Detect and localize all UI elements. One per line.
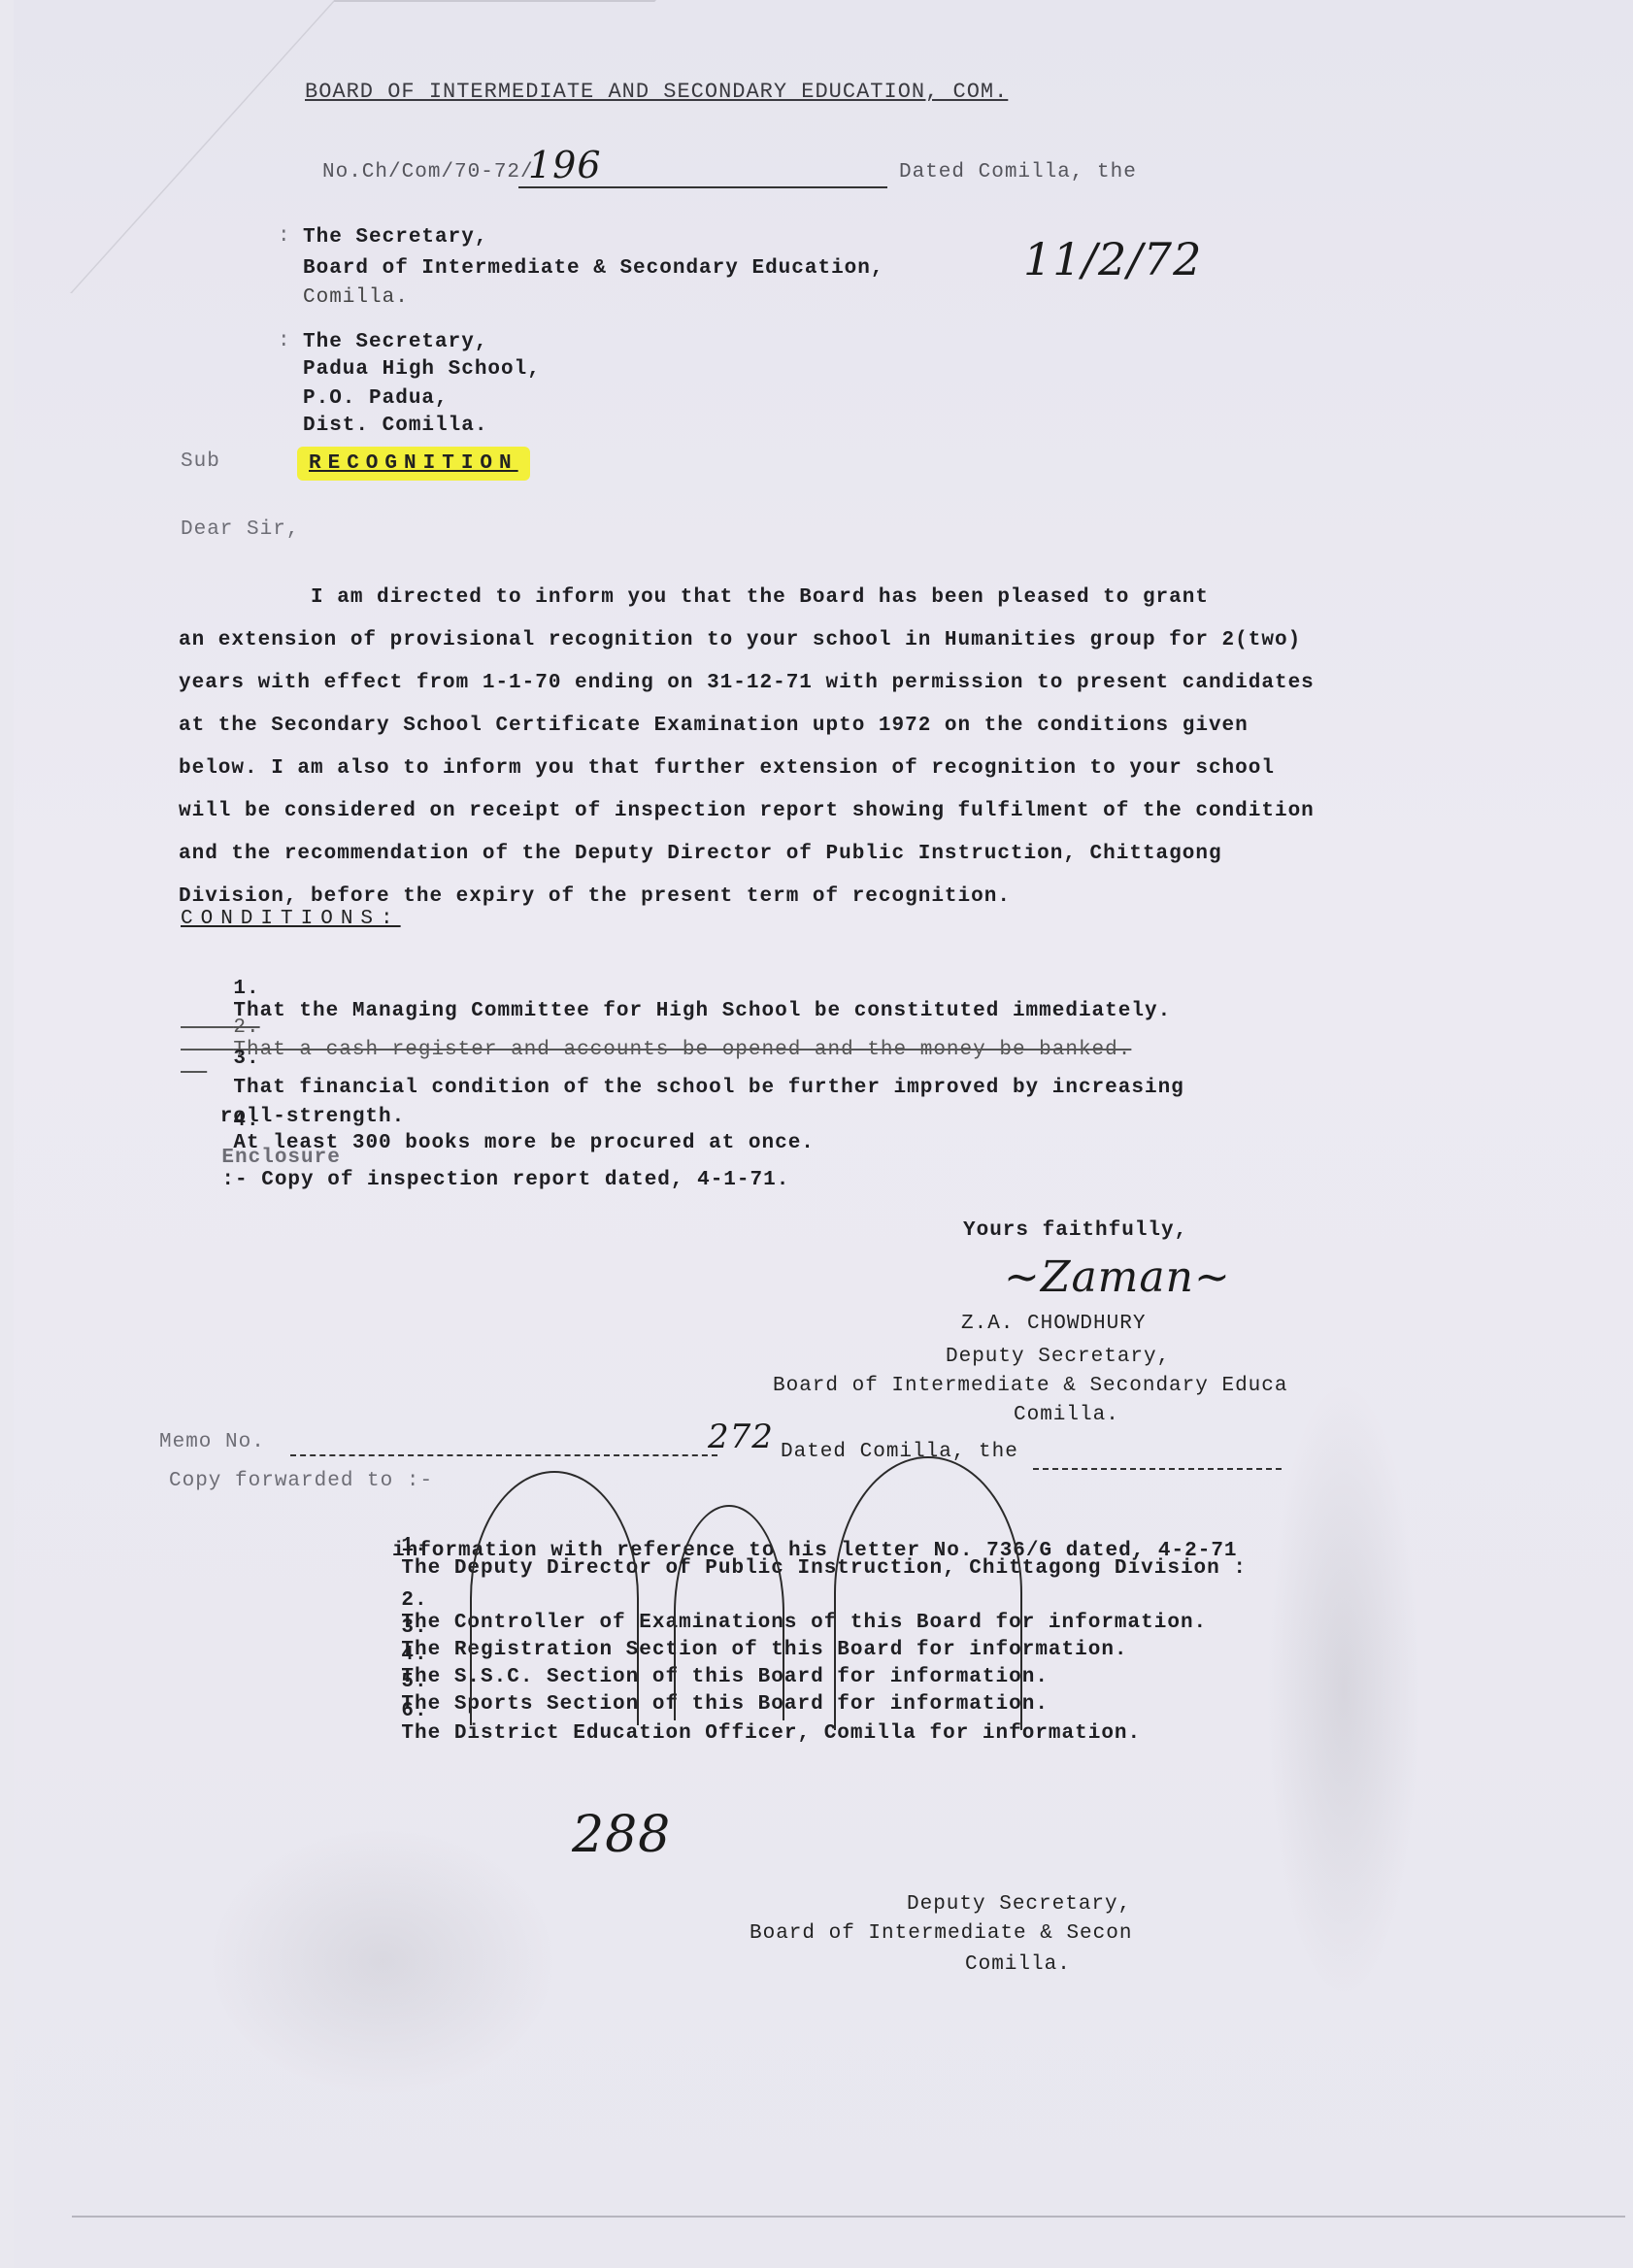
- handwritten-loop-mark: [674, 1505, 784, 1720]
- to-line-3: P.O. Padua,: [303, 384, 449, 414]
- to-line-2: Padua High School,: [303, 355, 541, 384]
- conditions-heading: CONDITIONS:: [181, 908, 401, 930]
- signature: ~Zaman~: [1004, 1252, 1231, 1302]
- to-line-1: The Secretary,: [303, 328, 487, 357]
- enclosure-line: Enclosure :- Copy of inspection report d…: [169, 1124, 789, 1214]
- stain-mark: [1266, 1379, 1421, 2000]
- body-line-3: years with effect from 1-1-70 ending on …: [179, 662, 1315, 705]
- to-line-4: Dist. Comilla.: [303, 412, 487, 441]
- signatory-organization: Board of Intermediate & Secondary Educa: [773, 1375, 1287, 1397]
- body-line-2: an extension of provisional recognition …: [179, 619, 1301, 662]
- memo-number-line: [518, 186, 887, 188]
- signatory-name: Z.A. CHOWDHURY: [961, 1313, 1146, 1335]
- signatory-city: Comilla.: [1014, 1404, 1119, 1426]
- second-designation: Deputy Secretary,: [907, 1893, 1131, 1916]
- memo-date-line: [1033, 1468, 1282, 1470]
- body-line-5: below. I am also to inform you that furt…: [179, 748, 1275, 790]
- handwritten-memo-number-2: 272: [708, 1417, 774, 1456]
- memo-number-line: [290, 1454, 717, 1456]
- body-line-4: at the Secondary School Certificate Exam…: [179, 705, 1249, 748]
- from-line-1: The Secretary,: [303, 223, 487, 252]
- from-line-3: Comilla.: [303, 283, 409, 313]
- page-edge-line: [72, 2216, 1625, 2218]
- enclosure-label: Enclosure: [221, 1147, 340, 1169]
- enclosure-text: :- Copy of inspection report dated, 4-1-…: [221, 1169, 789, 1191]
- copy-forwarded-label: Copy forwarded to :-: [169, 1470, 433, 1492]
- second-organization: Board of Intermediate & Secon: [750, 1922, 1132, 1945]
- stain-mark: [208, 1825, 557, 2097]
- salutation: Dear Sir,: [181, 518, 299, 541]
- body-line-7: and the recommendation of the Deputy Dir…: [179, 833, 1222, 876]
- subject-label: Sub: [181, 450, 220, 473]
- subject-text: RECOGNITION: [297, 447, 530, 481]
- body-line-1: I am directed to inform you that the Boa…: [179, 577, 1209, 619]
- document-page: BOARD OF INTERMEDIATE AND SECONDARY EDUC…: [14, 0, 1633, 2268]
- to-marker: :: [278, 330, 291, 352]
- memo-dated-label: Dated Comilla, the: [781, 1441, 1018, 1463]
- body-line-6: will be considered on receipt of inspect…: [179, 790, 1315, 833]
- handwritten-memo-number: 196: [528, 144, 602, 186]
- second-city: Comilla.: [965, 1953, 1071, 1976]
- memo-reference-prefix: No.Ch/Com/70-72/: [322, 161, 534, 183]
- memo-label: Memo No.: [159, 1431, 265, 1453]
- from-line-2: Board of Intermediate & Secondary Educat…: [303, 254, 884, 283]
- handwritten-initials: 288: [572, 1806, 671, 1864]
- closing: Yours faithfully,: [963, 1219, 1187, 1242]
- from-marker: :: [278, 225, 291, 248]
- condition-number: 3.: [233, 1048, 259, 1070]
- letterhead-title: BOARD OF INTERMEDIATE AND SECONDARY EDUC…: [305, 80, 1008, 104]
- handwritten-loop-mark: [470, 1471, 639, 1725]
- handwritten-loop-mark: [834, 1456, 1022, 1730]
- signatory-designation: Deputy Secretary,: [946, 1346, 1170, 1368]
- handwritten-date: 11/2/72: [1023, 233, 1202, 285]
- dated-label: Dated Comilla, the: [899, 161, 1137, 183]
